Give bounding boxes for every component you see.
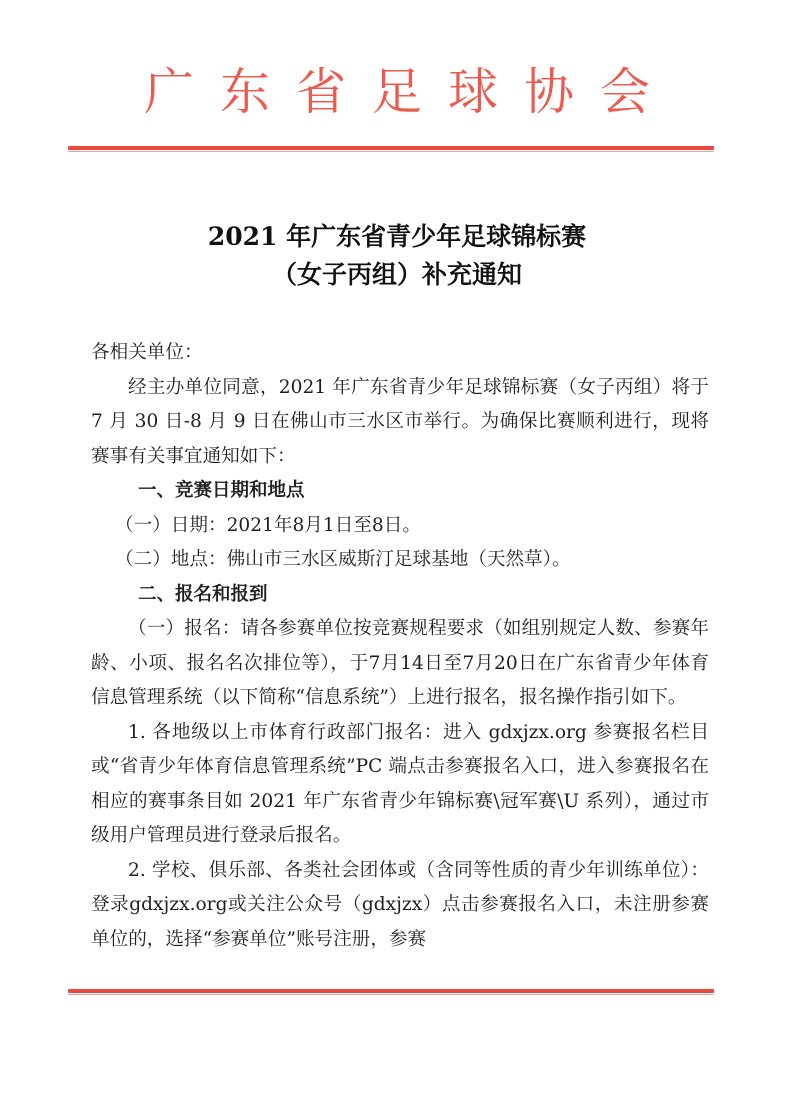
document-title: 2021 年广东省青少年足球锦标赛 （女子丙组）补充通知 — [0, 218, 794, 294]
header-red-rule — [68, 145, 714, 153]
salutation: 各相关单位： — [91, 336, 709, 371]
organization-name: 广东省足球协会 — [144, 67, 676, 117]
section-heading-registration: 二、报名和报到 — [91, 578, 709, 613]
footer-red-rule — [68, 988, 714, 996]
title-line-2: （女子丙组）补充通知 — [0, 256, 794, 294]
letterhead: 广东省足球协会 — [0, 52, 794, 132]
item-unit-registration: 2. 学校、俱乐部、各类社会团体或（含同等性质的青少年训练单位）：登录gdxjz… — [91, 854, 709, 958]
rule-thick-line — [68, 989, 714, 993]
item-venue: （二）地点：佛山市三水区威斯汀足球基地（天然草）。 — [91, 543, 709, 578]
rule-thin-line — [68, 151, 714, 152]
intro-paragraph: 经主办单位同意，2021 年广东省青少年足球锦标赛（女子丙组）将于 7 月 30… — [91, 371, 709, 475]
item-city-registration: 1. 各地级以上市体育行政部门报名：进入 gdxjzx.org 参赛报名栏目或“… — [91, 716, 709, 854]
item-registration: （一）报名：请各参赛单位按竞赛规程要求（如组别规定人数、参赛年龄、小项、报名名次… — [91, 612, 709, 716]
rule-thick-line — [68, 146, 714, 150]
title-line-1: 2021 年广东省青少年足球锦标赛 — [0, 218, 794, 256]
item-date: （一）日期：2021年8月1日至8日。 — [91, 509, 709, 544]
rule-thin-line — [68, 994, 714, 995]
section-heading-dates-venue: 一、竞赛日期和地点 — [91, 474, 709, 509]
document-body: 各相关单位： 经主办单位同意，2021 年广东省青少年足球锦标赛（女子丙组）将于… — [91, 336, 709, 957]
